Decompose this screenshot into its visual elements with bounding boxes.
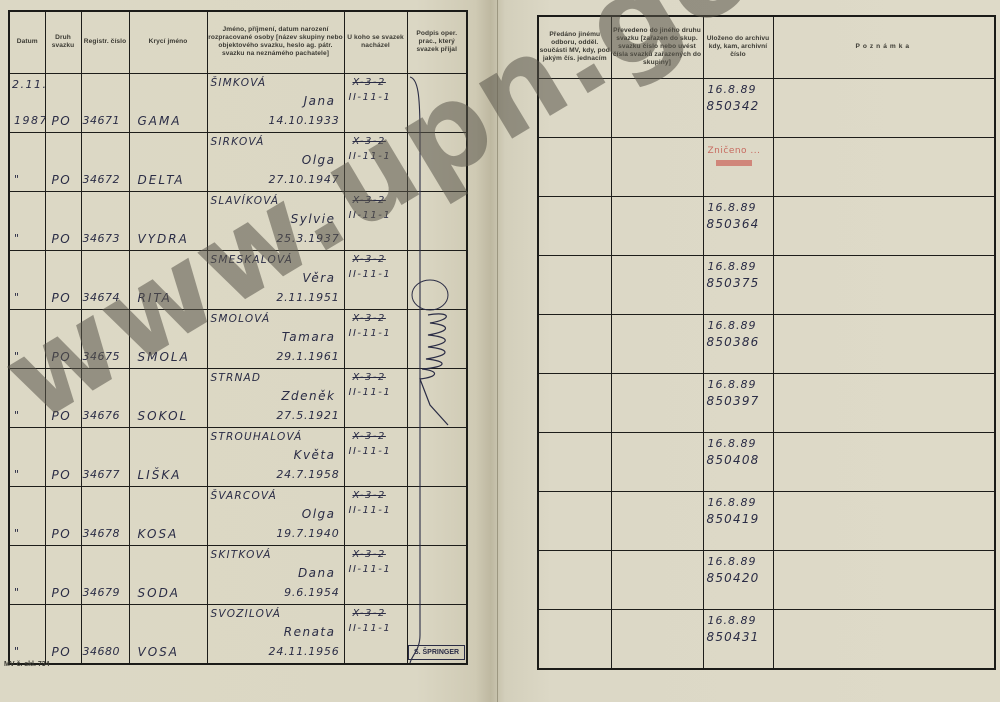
cell-kryci: DELTA: [129, 132, 207, 191]
ulozeno-datum: 16.8.89: [708, 555, 757, 568]
cell-predano: [538, 255, 611, 314]
druh-svazku: PO: [52, 645, 72, 659]
table-row: " PO 34675 SMOLA SMOLOVÁ Tamara 29.1.196…: [9, 309, 467, 368]
datum: 1987: [14, 114, 45, 127]
registr-cislo: 34676: [83, 409, 121, 422]
cell-ulozeno: 16.8.89 850342: [703, 78, 773, 137]
cell-prevedeno: [611, 78, 703, 137]
archivni-cislo: 850364: [707, 217, 760, 231]
druh-svazku: PO: [52, 173, 72, 187]
cell-poznamka: [773, 373, 995, 432]
cell-datum: ": [9, 309, 45, 368]
datum: ": [14, 409, 21, 422]
kryci-jmeno: LIŠKA: [138, 468, 182, 482]
cell-osoba: SMOLOVÁ Tamara 29.1.1961: [207, 309, 344, 368]
table-row: 16.8.89 850386: [538, 314, 995, 373]
druh-svazku: PO: [52, 291, 72, 305]
ulozeno-datum: 16.8.89: [708, 496, 757, 509]
cell-u-koho: X-3-2 II-11-1: [344, 368, 407, 427]
jmeno: Tamara: [282, 330, 336, 344]
cell-druh: PO: [45, 427, 81, 486]
table-row: " PO 34677 LIŠKA STROUHALOVÁ Květa 24.7.…: [9, 427, 467, 486]
jmeno: Renata: [284, 625, 336, 639]
cell-osoba: SIRKOVÁ Olga 27.10.1947: [207, 132, 344, 191]
druh-svazku: PO: [52, 232, 72, 246]
cell-kryci: RITA: [129, 250, 207, 309]
u-koho: II-11-1: [349, 505, 392, 516]
cell-podpis: [407, 250, 467, 309]
archivni-cislo: 850419: [707, 512, 760, 526]
datum: ": [14, 232, 21, 245]
cell-predano: [538, 609, 611, 669]
datum-narozeni: 29.1.1961: [276, 350, 339, 363]
cell-poznamka: [773, 196, 995, 255]
datum-narozeni: 25.3.1937: [276, 232, 339, 245]
cell-kryci: SODA: [129, 545, 207, 604]
archivni-cislo: 850342: [707, 99, 760, 113]
cell-podpis: [407, 545, 467, 604]
u-koho: II-11-1: [349, 446, 392, 457]
datum: ": [14, 173, 21, 186]
header-ulozeno: Uloženo do archivu kdy, kam, archivní čí…: [703, 16, 773, 78]
cell-druh: PO: [45, 368, 81, 427]
datum-narozeni: 14.10.1933: [269, 114, 340, 127]
jmeno: Věra: [302, 271, 335, 285]
cell-podpis: [407, 486, 467, 545]
kryci-jmeno: SODA: [138, 586, 181, 600]
kryci-jmeno: DELTA: [138, 173, 185, 187]
cell-druh: PO: [45, 545, 81, 604]
cell-datum: ": [9, 545, 45, 604]
book-spine: [497, 0, 498, 702]
table-row: 16.8.89 850419: [538, 491, 995, 550]
u-koho-struck: X-3-2: [353, 136, 386, 147]
table-row: 16.8.89 850408: [538, 432, 995, 491]
cell-datum: ": [9, 250, 45, 309]
cell-ulozeno: 16.8.89 850397: [703, 373, 773, 432]
cell-ulozeno: 16.8.89 850408: [703, 432, 773, 491]
datum: ": [14, 468, 21, 481]
cell-kryci: VYDRA: [129, 191, 207, 250]
registr-cislo: 34677: [83, 468, 121, 481]
prijmeni: ŠVARCOVÁ: [211, 490, 277, 502]
datum: ": [14, 350, 21, 363]
registr-cislo: 34673: [83, 232, 121, 245]
cell-registr: 34677: [81, 427, 129, 486]
registr-cislo: 34674: [83, 291, 121, 304]
cell-poznamka: [773, 550, 995, 609]
table-row: 2.11. 1987 PO 34671 GAMA ŠIMKOVÁ Jana 14…: [9, 73, 467, 132]
cell-osoba: ŠIMKOVÁ Jana 14.10.1933: [207, 73, 344, 132]
cell-predano: [538, 550, 611, 609]
cell-datum: ": [9, 368, 45, 427]
u-koho: II-11-1: [349, 92, 392, 103]
archivni-cislo: 850408: [707, 453, 760, 467]
ulozeno-datum: 16.8.89: [708, 437, 757, 450]
cell-druh: PO: [45, 73, 81, 132]
header-prevedeno: Převedeno do jiného druhu svazku [zařaze…: [611, 16, 703, 78]
ulozeno-datum: 16.8.89: [708, 201, 757, 214]
registr-cislo: 34672: [83, 173, 121, 186]
cell-ulozeno: 16.8.89 850420: [703, 550, 773, 609]
u-koho-struck: X-3-2: [353, 431, 386, 442]
cell-poznamka: [773, 491, 995, 550]
table-row: " PO 34673 VYDRA SLAVÍKOVÁ Sylvie 25.3.1…: [9, 191, 467, 250]
u-koho-struck: X-3-2: [353, 372, 386, 383]
archivni-cislo: 850386: [707, 335, 760, 349]
header-u-koho: U koho se svazek nacházel: [344, 11, 407, 73]
cell-prevedeno: [611, 550, 703, 609]
red-stamp-mark: [716, 160, 752, 166]
jmeno: Dana: [298, 566, 336, 580]
prijmeni: SMOLOVÁ: [211, 313, 271, 325]
cell-podpis: [407, 309, 467, 368]
cell-predano: [538, 314, 611, 373]
jmeno: Olga: [302, 507, 336, 521]
ulozeno-datum: 16.8.89: [708, 378, 757, 391]
registr-cislo: 34678: [83, 527, 121, 540]
cell-prevedeno: [611, 314, 703, 373]
archivni-cislo: 850375: [707, 276, 760, 290]
cell-u-koho: X-3-2 II-11-1: [344, 250, 407, 309]
cell-osoba: SLAVÍKOVÁ Sylvie 25.3.1937: [207, 191, 344, 250]
prijmeni: SLAVÍKOVÁ: [211, 195, 280, 207]
table-row: " PO 34672 DELTA SIRKOVÁ Olga 27.10.1947…: [9, 132, 467, 191]
cell-osoba: STROUHALOVÁ Květa 24.7.1958: [207, 427, 344, 486]
prijmeni: SMESKALOVÁ: [211, 254, 294, 266]
archivni-cislo: 850431: [707, 630, 760, 644]
cell-podpis: [407, 191, 467, 250]
cell-ulozeno: 16.8.89 850431: [703, 609, 773, 669]
datum-narozeni: 19.7.1940: [276, 527, 339, 540]
cell-ulozeno: 16.8.89 850386: [703, 314, 773, 373]
cell-podpis: [407, 368, 467, 427]
cell-u-koho: X-3-2 II-11-1: [344, 132, 407, 191]
table-row: " PO 34676 SOKOL STRNAD Zdeněk 27.5.1921…: [9, 368, 467, 427]
datum-narozeni: 24.7.1958: [276, 468, 339, 481]
cell-u-koho: X-3-2 II-11-1: [344, 427, 407, 486]
table-row: " PO 34679 SODA SKITKOVÁ Dana 9.6.1954 X…: [9, 545, 467, 604]
left-ledger-table: Datum Druh svazku Registr. číslo Krycí j…: [8, 10, 468, 665]
cell-ulozeno: 16.8.89 850364: [703, 196, 773, 255]
cell-datum: ": [9, 427, 45, 486]
cell-druh: PO: [45, 604, 81, 664]
druh-svazku: PO: [52, 468, 72, 482]
cell-prevedeno: [611, 609, 703, 669]
druh-svazku: PO: [52, 527, 72, 541]
datum-narozeni: 24.11.1956: [269, 645, 340, 658]
kryci-jmeno: VOSA: [138, 645, 179, 659]
table-row: 16.8.89 850342: [538, 78, 995, 137]
cell-u-koho: X-3-2 II-11-1: [344, 309, 407, 368]
u-koho: II-11-1: [349, 328, 392, 339]
cell-predano: [538, 373, 611, 432]
cell-kryci: SOKOL: [129, 368, 207, 427]
cell-u-koho: X-3-2 II-11-1: [344, 191, 407, 250]
cell-prevedeno: [611, 491, 703, 550]
datum-narozeni: 2.11.1951: [276, 291, 339, 304]
cell-druh: PO: [45, 486, 81, 545]
kryci-jmeno: RITA: [138, 291, 172, 305]
cell-poznamka: [773, 432, 995, 491]
table-row: 16.8.89 850397: [538, 373, 995, 432]
datum: ": [14, 291, 21, 304]
datum-narozeni: 9.6.1954: [284, 586, 339, 599]
ulozeno-datum: 16.8.89: [708, 83, 757, 96]
table-row: " PO 34680 VOSA SVOZILOVÁ Renata 24.11.1…: [9, 604, 467, 664]
cell-druh: PO: [45, 309, 81, 368]
table-row: 16.8.89 850375: [538, 255, 995, 314]
cell-registr: 34674: [81, 250, 129, 309]
table-row: 16.8.89 850364: [538, 196, 995, 255]
archivni-cislo: 850397: [707, 394, 760, 408]
header-druh-svazku: Druh svazku: [45, 11, 81, 73]
header-jmeno-prijmeni: Jméno, příjmení, datum narození rozpraco…: [207, 11, 344, 73]
u-koho: II-11-1: [349, 269, 392, 280]
u-koho: II-11-1: [349, 151, 392, 162]
cell-predano: [538, 196, 611, 255]
u-koho-struck: X-3-2: [353, 608, 386, 619]
header-kryci-jmeno: Krycí jméno: [129, 11, 207, 73]
cell-druh: PO: [45, 250, 81, 309]
jmeno: Sylvie: [291, 212, 336, 226]
u-koho-struck: X-3-2: [353, 254, 386, 265]
registr-cislo: 34679: [83, 586, 121, 599]
druh-svazku: PO: [52, 114, 72, 128]
cell-poznamka: [773, 78, 995, 137]
cell-poznamka: [773, 255, 995, 314]
table-row: " PO 34678 KOSA ŠVARCOVÁ Olga 19.7.1940 …: [9, 486, 467, 545]
cell-datum: ": [9, 132, 45, 191]
cell-osoba: SVOZILOVÁ Renata 24.11.1956: [207, 604, 344, 664]
cell-predano: [538, 432, 611, 491]
cell-kryci: KOSA: [129, 486, 207, 545]
cell-registr: 34672: [81, 132, 129, 191]
left-header-row: Datum Druh svazku Registr. číslo Krycí j…: [9, 11, 467, 73]
table-row: Zničeno ...: [538, 137, 995, 196]
cell-poznamka: [773, 137, 995, 196]
druh-svazku: PO: [52, 409, 72, 423]
header-registr-cislo: Registr. číslo: [81, 11, 129, 73]
cell-druh: PO: [45, 132, 81, 191]
prijmeni: ŠIMKOVÁ: [211, 77, 267, 89]
jmeno: Olga: [302, 153, 336, 167]
cell-podpis: [407, 73, 467, 132]
u-koho: II-11-1: [349, 210, 392, 221]
ulozeno-datum: 16.8.89: [708, 260, 757, 273]
cell-registr: 34673: [81, 191, 129, 250]
u-koho-struck: X-3-2: [353, 77, 386, 88]
cell-prevedeno: [611, 196, 703, 255]
cell-ulozeno: 16.8.89 850419: [703, 491, 773, 550]
cell-kryci: VOSA: [129, 604, 207, 664]
u-koho-struck: X-3-2: [353, 195, 386, 206]
datum-narozeni: 27.10.1947: [269, 173, 340, 186]
kryci-jmeno: KOSA: [138, 527, 179, 541]
cell-datum: ": [9, 191, 45, 250]
prijmeni: SKITKOVÁ: [211, 549, 272, 561]
cell-registr: 34678: [81, 486, 129, 545]
signature-stamp: S. ŠPRINGER: [408, 645, 465, 660]
prijmeni: SIRKOVÁ: [211, 136, 265, 148]
u-koho-struck: X-3-2: [353, 549, 386, 560]
cell-ulozeno: Zničeno ...: [703, 137, 773, 196]
datum-narozeni: 27.5.1921: [276, 409, 339, 422]
header-podpis: Podpis oper. prac., který svazek přijal: [407, 11, 467, 73]
cell-osoba: SKITKOVÁ Dana 9.6.1954: [207, 545, 344, 604]
datum: ": [14, 645, 21, 658]
kryci-jmeno: VYDRA: [138, 232, 189, 246]
cell-registr: 34676: [81, 368, 129, 427]
registr-cislo: 34671: [83, 114, 121, 127]
table-row: 16.8.89 850431: [538, 609, 995, 669]
cell-registr: 34675: [81, 309, 129, 368]
cell-registr: 34679: [81, 545, 129, 604]
cell-prevedeno: [611, 255, 703, 314]
cell-podpis: [407, 427, 467, 486]
cell-datum: 2.11. 1987: [9, 73, 45, 132]
cell-poznamka: [773, 609, 995, 669]
cell-u-koho: X-3-2 II-11-1: [344, 545, 407, 604]
u-koho-struck: X-3-2: [353, 313, 386, 324]
form-number: MV č. skl. 734: [4, 661, 50, 668]
cell-prevedeno: [611, 432, 703, 491]
ulozeno-datum: 16.8.89: [708, 614, 757, 627]
cell-druh: PO: [45, 191, 81, 250]
prijmeni: STROUHALOVÁ: [211, 431, 303, 443]
kryci-jmeno: GAMA: [138, 114, 182, 128]
cell-u-koho: X-3-2 II-11-1: [344, 604, 407, 664]
archivni-cislo: 850420: [707, 571, 760, 585]
registr-cislo: 34675: [83, 350, 121, 363]
red-stamp: Zničeno ...: [708, 146, 761, 156]
u-koho: II-11-1: [349, 564, 392, 575]
cell-registr: 34680: [81, 604, 129, 664]
table-row: " PO 34674 RITA SMESKALOVÁ Věra 2.11.195…: [9, 250, 467, 309]
cell-predano: [538, 78, 611, 137]
right-ledger-table: Předáno jinému odboru, odděl. součásti M…: [537, 15, 996, 670]
cell-kryci: LIŠKA: [129, 427, 207, 486]
header-predano: Předáno jinému odboru, odděl. součásti M…: [538, 16, 611, 78]
cell-osoba: SMESKALOVÁ Věra 2.11.1951: [207, 250, 344, 309]
cell-datum: ": [9, 604, 45, 664]
cell-prevedeno: [611, 137, 703, 196]
cell-poznamka: [773, 314, 995, 373]
registr-cislo: 34680: [83, 645, 121, 658]
cell-prevedeno: [611, 373, 703, 432]
kryci-jmeno: SMOLA: [138, 350, 190, 364]
cell-kryci: GAMA: [129, 73, 207, 132]
cell-kryci: SMOLA: [129, 309, 207, 368]
datum: ": [14, 527, 21, 540]
cell-osoba: STRNAD Zdeněk 27.5.1921: [207, 368, 344, 427]
header-poznamka: Poznámka: [773, 16, 995, 78]
u-koho: II-11-1: [349, 387, 392, 398]
cell-ulozeno: 16.8.89 850375: [703, 255, 773, 314]
druh-svazku: PO: [52, 350, 72, 364]
kryci-jmeno: SOKOL: [138, 409, 189, 423]
cell-predano: [538, 491, 611, 550]
jmeno: Jana: [304, 94, 336, 108]
cell-u-koho: X-3-2 II-11-1: [344, 73, 407, 132]
right-header-row: Předáno jinému odboru, odděl. součásti M…: [538, 16, 995, 78]
cell-predano: [538, 137, 611, 196]
ulozeno-datum: 16.8.89: [708, 319, 757, 332]
jmeno: Zdeněk: [281, 389, 335, 403]
cell-u-koho: X-3-2 II-11-1: [344, 486, 407, 545]
cell-registr: 34671: [81, 73, 129, 132]
u-koho-struck: X-3-2: [353, 490, 386, 501]
prijmeni: SVOZILOVÁ: [211, 608, 282, 620]
datum: ": [14, 586, 21, 599]
u-koho: II-11-1: [349, 623, 392, 634]
cell-osoba: ŠVARCOVÁ Olga 19.7.1940: [207, 486, 344, 545]
table-row: 16.8.89 850420: [538, 550, 995, 609]
cell-podpis: [407, 132, 467, 191]
prijmeni: STRNAD: [211, 372, 262, 384]
jmeno: Květa: [294, 448, 336, 462]
druh-svazku: PO: [52, 586, 72, 600]
datum-top: 2.11.: [12, 78, 45, 91]
cell-datum: ": [9, 486, 45, 545]
header-datum: Datum: [9, 11, 45, 73]
